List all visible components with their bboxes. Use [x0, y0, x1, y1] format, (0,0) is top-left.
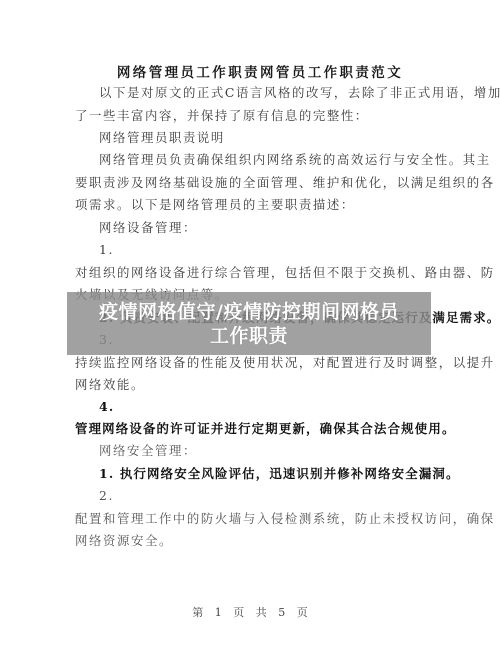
paragraph-line: 了一些丰富内容，并保持了原有信息的完整性： — [75, 108, 435, 124]
list-number: 4. — [99, 399, 459, 415]
document-title: 网络管理员工作职责网管员工作职责范文 — [0, 61, 500, 81]
list-item-text: 1. 执行网络安全风险评估，迅速识别并修补网络安全漏洞。 — [99, 466, 459, 482]
title-overlay-banner: 疫情网格值守/疫情防控期间网格员 工作职责 — [67, 292, 431, 355]
section-heading: 网络设备管理： — [99, 220, 459, 236]
paragraph-line: 项需求。以下是网络管理员的主要职责描述： — [75, 197, 435, 213]
list-number: 1. — [99, 242, 459, 258]
list-item-text: 持续监控网络设备的性能及使用状况，对配置进行及时调整，以提升 — [75, 355, 435, 371]
overlay-title-line-2: 工作职责 — [210, 324, 288, 348]
section-heading: 网络管理员职责说明 — [99, 130, 459, 146]
list-item-text: 管理网络设备的许可证并进行定期更新，确保其合法合规使用。 — [75, 421, 435, 437]
list-number: 2. — [99, 488, 459, 504]
list-item-text: 网络效能。 — [75, 377, 435, 393]
section-heading: 网络安全管理： — [99, 443, 459, 459]
page-number-footer: 第 1 页 共 5 页 — [0, 604, 500, 620]
paragraph-line: 网络管理员负责确保组织内网络系统的高效运行与安全性。其主 — [99, 152, 459, 168]
overlay-title-line-1: 疫情网格值守/疫情防控期间网格员 — [99, 300, 399, 324]
paragraph-line: 以下是对原文的正式C语言风格的改写，去除了非正式用语，增加 — [99, 85, 459, 101]
list-item-text: 配置和管理工作中的防火墙与入侵检测系统，防止未授权访问，确保 — [75, 511, 435, 527]
list-item-text: 网络资源安全。 — [75, 533, 435, 549]
list-item-text: 对组织的网络设备进行综合管理，包括但不限于交换机、路由器、防 — [75, 265, 435, 281]
paragraph-line: 要职责涉及网络基础设施的全面管理、维护和优化，以满足组织的各 — [75, 175, 435, 191]
